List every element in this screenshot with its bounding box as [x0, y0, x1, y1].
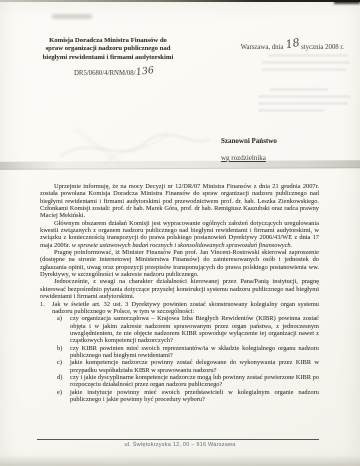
letterhead: Komisja Doradcza Ministra Finansów do sp… — [28, 37, 188, 62]
dateline: Warszawa, dnia 18stycznia 2008 r. — [241, 39, 344, 52]
bleedthrough-text-artifact — [270, 88, 328, 91]
reference-prefix: DR5/0680/4/RNM/08/ — [74, 70, 136, 77]
scan-smudge-artifact — [52, 14, 92, 19]
date-city-prefix: Warszawa, dnia — [241, 44, 286, 51]
subitem-c: c) jakie kompetencje nadzorcze powinny z… — [57, 359, 319, 374]
letterhead-line: Komisja Doradcza Ministra Finansów do — [28, 37, 188, 45]
question-1: 1. Jak w świetle art. 32 ust. 3 Dyrektyw… — [40, 301, 319, 316]
bleedthrough-text-artifact — [262, 61, 350, 64]
reference-number: DR5/0680/4/RNM/08/136 — [74, 67, 154, 78]
subitem-c-label: c) — [57, 359, 70, 374]
salutation: Szanowni Państwo — [221, 137, 277, 145]
subitem-a-text: czy organizacja samorządowa – Krajowa Iz… — [70, 315, 319, 344]
paragraph-2-directive-title: w sprawie ustawowych badań rocznych i sk… — [72, 242, 292, 249]
paragraph-4: Jednocześnie, z uwagi na charakter dział… — [40, 278, 319, 300]
subitem-e: e) jakie instytucje powinny mieć swoich … — [57, 389, 319, 404]
footer-address: ul. Świętokrzyska 12, 00 – 916 Warszawa — [0, 442, 360, 448]
scan-corner-artifact — [334, 0, 360, 4]
subitem-b-label: b) — [57, 345, 70, 360]
question-1-subitems: a) czy organizacja samorządowa – Krajowa… — [57, 315, 319, 403]
distribution-note: wg rozdzielnika — [221, 154, 266, 162]
bleedthrough-text-artifact — [258, 95, 350, 98]
subitem-b-text: czy KIBR powinien mieć swoich reprezenta… — [70, 345, 319, 360]
date-suffix: stycznia 2008 r. — [301, 44, 344, 51]
letterhead-line: spraw organizacji nadzoru publicznego na… — [28, 45, 188, 53]
letterhead-line: biegłymi rewidentami i firmami audytorsk… — [28, 54, 188, 62]
paragraph-2: Głównym obszarem działań Komisji jest wy… — [40, 220, 319, 249]
question-1-text: Jak w świetle art. 32 ust. 3 Dyrektywy p… — [52, 301, 319, 316]
bleedthrough-text-artifact — [258, 102, 348, 105]
subitem-d: d) czy i jakie dyscyplinarne kompetencje… — [57, 374, 319, 389]
subitem-d-text: czy i jakie dyscyplinarne kompetencje na… — [70, 374, 319, 389]
subitem-e-text: jakie instytucje powinny mieć swoich prz… — [70, 389, 319, 404]
subitem-a-label: a) — [57, 315, 70, 344]
subitem-a: a) czy organizacja samorządowa – Krajowa… — [57, 315, 319, 344]
bleedthrough-text-artifact — [258, 109, 324, 112]
bleedthrough-text-artifact — [262, 68, 346, 71]
date-day-handwritten: 18 — [285, 36, 301, 51]
subitem-d-label: d) — [57, 374, 70, 389]
subitem-e-label: e) — [57, 389, 70, 404]
question-1-number: 1. — [40, 301, 52, 316]
letter-body: Uprzejmie informuję, że na mocy Decyzji … — [40, 183, 319, 403]
paragraph-1: Uprzejmie informuję, że na mocy Decyzji … — [40, 183, 319, 220]
footer-divider — [37, 439, 319, 440]
reference-suffix-handwritten: 136 — [135, 65, 154, 78]
bleedthrough-signature-artifact — [50, 115, 220, 175]
subitem-b: b) czy KIBR powinien mieć swoich repreze… — [57, 345, 319, 360]
scan-top-edge-artifact — [0, 0, 360, 2]
bleedthrough-text-artifact — [268, 54, 348, 57]
subitem-c-text: jakie kompetencje nadzorcze powinny zost… — [70, 359, 319, 374]
scan-bottom-shade-artifact — [0, 455, 360, 466]
scanned-letter-page: Komisja Doradcza Ministra Finansów do sp… — [0, 0, 360, 466]
paragraph-3: Pragnę poinformować, iż Minister Finansó… — [40, 249, 319, 278]
